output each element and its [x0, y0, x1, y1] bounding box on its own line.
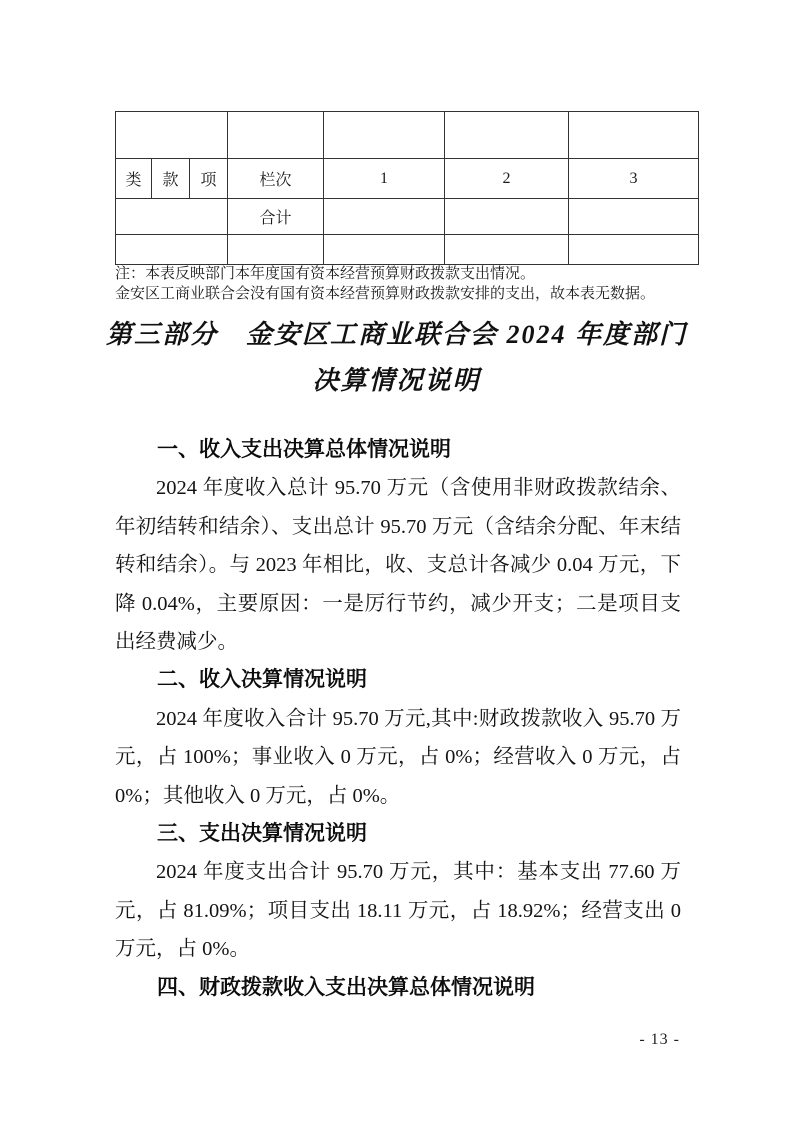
section-heading-fiscal-appropriation-overview: 四、财政拨款收入支出决算总体情况说明 [115, 969, 681, 1007]
table-cell-empty [324, 112, 445, 159]
table-cell-empty [445, 112, 569, 159]
section-heading-income-detail: 二、收入决算情况说明 [115, 661, 681, 699]
page-number: - 13 - [639, 1031, 680, 1049]
part-title: 第三部分 金安区工商业联合会 2024 年度部门 决算情况说明 [0, 312, 793, 404]
table-note-line2: 金安区工商业联合会没有国有资本经营预算财政拨款安排的支出，故本表无数据。 [115, 284, 690, 304]
table-header-xiang: 项 [190, 159, 228, 199]
table-row-blank-bottom [116, 235, 699, 265]
part-title-line1: 第三部分 金安区工商业联合会 2024 年度部门 [0, 312, 793, 358]
section-paragraph-income-detail: 2024 年度收入合计 95.70 万元,其中:财政拨款收入 95.70 万元，… [115, 700, 681, 815]
table-header-lanci: 栏次 [228, 159, 324, 199]
table-row-blank-top [116, 112, 699, 159]
table-cell-empty [445, 235, 569, 265]
section-heading-expenditure-detail: 三、支出决算情况说明 [115, 815, 681, 853]
table-header-col2: 2 [445, 159, 569, 199]
table-cell-empty [569, 112, 699, 159]
table-cell-empty [228, 235, 324, 265]
table-note-line1: 注：本表反映部门本年度国有资本经营预算财政拨款支出情况。 [115, 264, 690, 284]
table-cell-empty [116, 112, 228, 159]
part-title-line2: 决算情况说明 [0, 358, 793, 404]
table-cell-empty [116, 235, 228, 265]
table-total-row: 合计 [116, 199, 699, 235]
table-header-col3: 3 [569, 159, 699, 199]
section-paragraph-income-expenditure-overview: 2024 年度收入总计 95.70 万元（含使用非财政拨款结余、年初结转和结余）… [115, 469, 681, 661]
document-page: 类 款 项 栏次 1 2 3 合计 [0, 0, 793, 1122]
table-cell-empty [569, 235, 699, 265]
table-cell-empty [445, 199, 569, 235]
table-cell-empty [324, 199, 445, 235]
section-heading-income-expenditure-overview: 一、收入支出决算总体情况说明 [115, 431, 681, 469]
document-body: 一、收入支出决算总体情况说明 2024 年度收入总计 95.70 万元（含使用非… [115, 431, 681, 1007]
table-header-col1: 1 [324, 159, 445, 199]
table-total-label: 合计 [228, 199, 324, 235]
table-cell-empty [116, 199, 228, 235]
table-cell-empty [324, 235, 445, 265]
state-capital-budget-expenditure-table: 类 款 项 栏次 1 2 3 合计 [115, 111, 699, 265]
table-cell-empty [569, 199, 699, 235]
table-header-lei: 类 [116, 159, 152, 199]
section-paragraph-expenditure-detail: 2024 年度支出合计 95.70 万元，其中：基本支出 77.60 万元，占 … [115, 853, 681, 968]
table-header-row: 类 款 项 栏次 1 2 3 [116, 159, 699, 199]
table-notes: 注：本表反映部门本年度国有资本经营预算财政拨款支出情况。 金安区工商业联合会没有… [115, 264, 690, 304]
table-header-kuan: 款 [152, 159, 190, 199]
table-cell-empty [228, 112, 324, 159]
